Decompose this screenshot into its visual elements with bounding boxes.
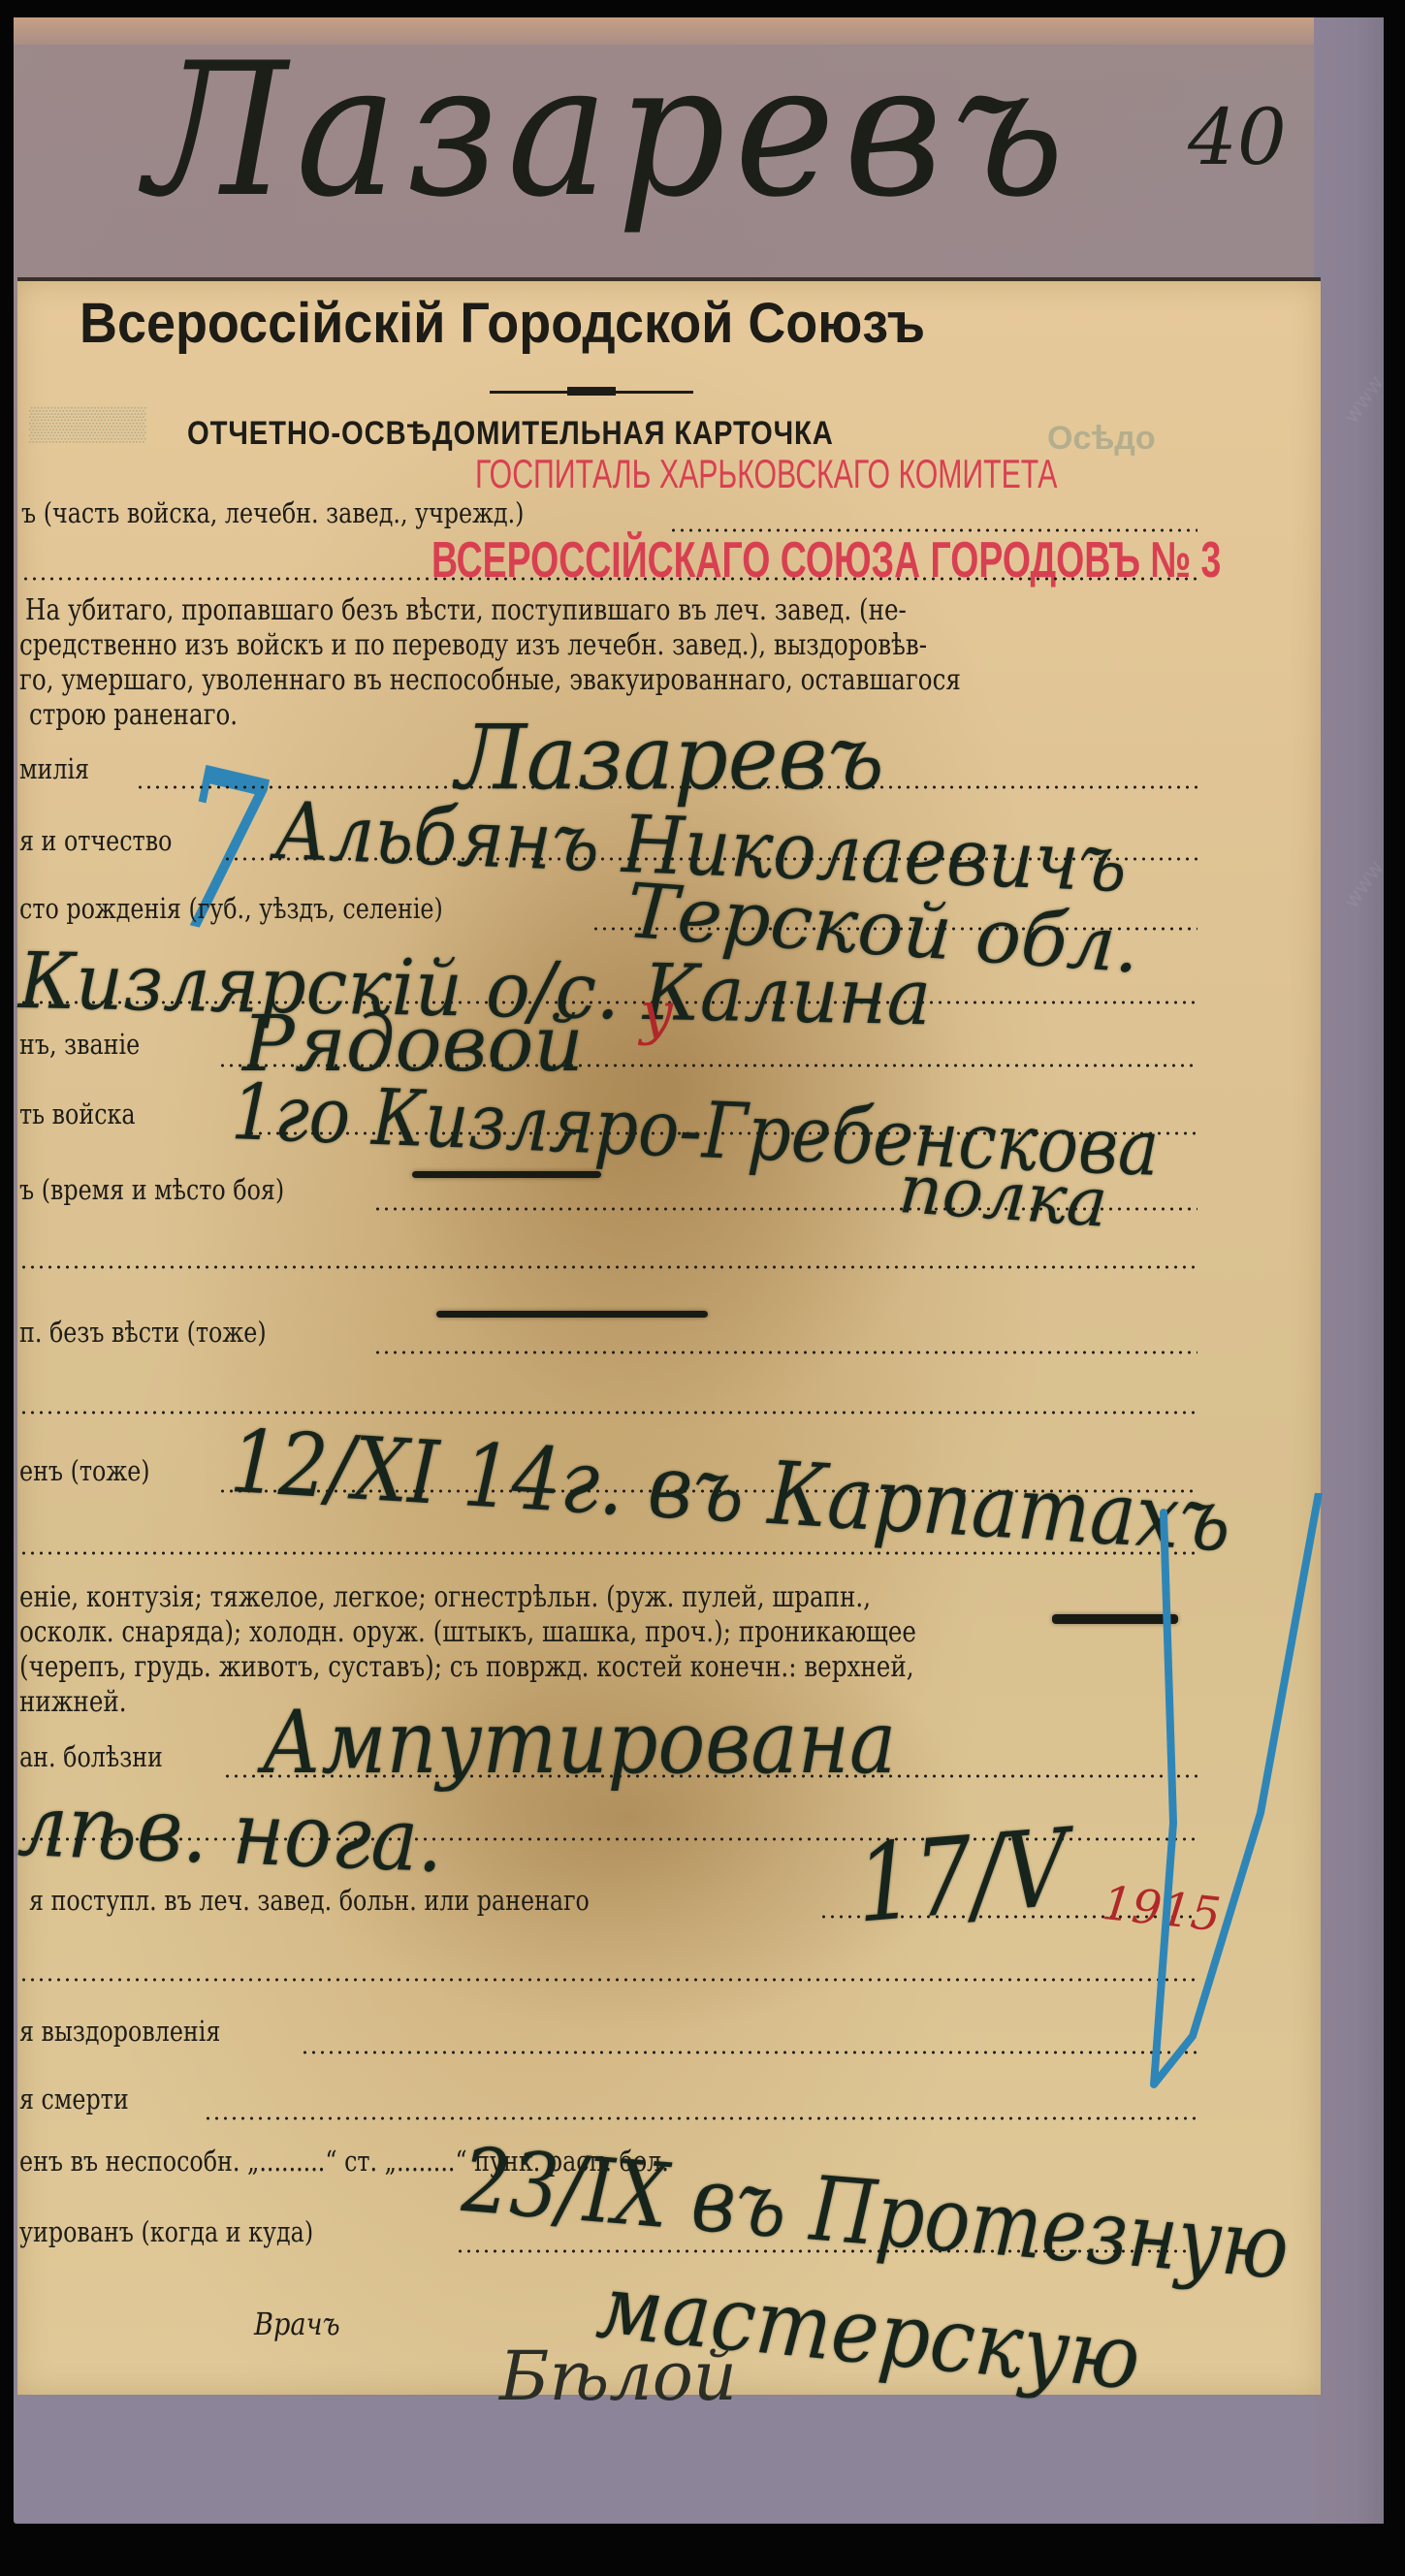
hospital-stamp-line1: ГОСПИТАЛЬ ХАРЬКОВСКАГО КОМИТЕТА bbox=[475, 451, 1057, 497]
blue-check-icon bbox=[1134, 1493, 1328, 2114]
faded-offset-text-right: Осѣдо bbox=[1047, 420, 1156, 458]
recovery-line bbox=[301, 2051, 1197, 2054]
rank-label: нъ, званіе bbox=[19, 1028, 140, 1061]
injury-types-line-4: нижней. bbox=[19, 1685, 127, 1720]
missing-line bbox=[373, 1351, 1197, 1354]
intro-line-3: го, умершаго, уволеннаго въ неспособные,… bbox=[19, 663, 961, 698]
death-line bbox=[204, 2116, 1197, 2120]
org-title: Всероссійскій Городской Союзъ bbox=[80, 291, 925, 356]
surname-label: милія bbox=[19, 752, 89, 785]
killed-line-2 bbox=[19, 1265, 1197, 1269]
hospital-stamp-line2: ВСЕРОССІЙСКАГО СОЮЗА ГОРОДОВЪ № 3 bbox=[431, 531, 1221, 589]
wounded-label: енъ (тоже) bbox=[19, 1454, 150, 1487]
header-divider-center bbox=[567, 387, 616, 396]
unit-field-label: ъ (часть войска, лечебн. завед., учрежд.… bbox=[21, 496, 524, 529]
card-title: ОТЧЕТНО-ОСВѢДОМИТЕЛЬНАЯ КАРТОЧКА bbox=[187, 415, 834, 453]
doctor-label: Врачъ bbox=[254, 2306, 340, 2342]
faded-offset-text: ▒▒▒▒▒ bbox=[29, 405, 145, 443]
cover-surname-handwritten: Лазаревъ bbox=[145, 39, 1020, 310]
intro-line-1: На убитаго, пропавшаго безъ вѣсти, посту… bbox=[25, 593, 907, 628]
admitted-line-2 bbox=[19, 1978, 1197, 1982]
injury-types-line-1: еніе, контузія; тяжелое, легкое; огнестр… bbox=[19, 1580, 871, 1615]
killed-dash bbox=[412, 1171, 601, 1178]
missing-label: п. безъ вѣсти (тоже) bbox=[19, 1316, 267, 1349]
injury-types-line-2: осколк. снаряда); холодн. оруж. (штыкъ, … bbox=[19, 1615, 916, 1650]
disease-label: ан. болѣзни bbox=[19, 1740, 163, 1773]
unit-field-line2 bbox=[21, 577, 1199, 581]
killed-label: ъ (время и мѣсто боя) bbox=[19, 1173, 284, 1206]
recovery-label: я выздоровленія bbox=[19, 2015, 220, 2048]
folder-number: 40 bbox=[1188, 92, 1287, 182]
missing-line-2 bbox=[19, 1411, 1197, 1415]
birthplace-red-mark: у bbox=[640, 979, 674, 1047]
military-unit-value-2: полка bbox=[896, 1149, 1110, 1243]
injury-types-line-3: (черепъ, грудь. животъ, суставъ); съ пов… bbox=[19, 1650, 914, 1685]
disease-value-1: Ампутирована bbox=[262, 1692, 896, 1794]
intro-line-2: средственно изъ войскъ и по переводу изъ… bbox=[19, 628, 927, 663]
name-patronymic-label: я и отчество bbox=[19, 824, 172, 857]
wounded-line-2 bbox=[19, 1551, 1197, 1555]
birthplace-label: сто рожденія (губ., уѣздъ, селеніе) bbox=[19, 892, 443, 925]
admitted-value: 17/V bbox=[853, 1805, 1071, 1947]
military-unit-label: ть войска bbox=[19, 1097, 136, 1130]
disease-value-2: лѣв. нога. bbox=[16, 1774, 445, 1892]
death-label: я смерти bbox=[19, 2083, 129, 2115]
evacuated-label: уированъ (когда и куда) bbox=[19, 2215, 313, 2248]
doctor-signature: Бѣлой bbox=[499, 2337, 737, 2416]
admitted-label: я поступл. въ леч. завед. больн. или ран… bbox=[29, 1884, 590, 1917]
killed-line bbox=[373, 1207, 1197, 1211]
missing-dash bbox=[436, 1311, 708, 1318]
